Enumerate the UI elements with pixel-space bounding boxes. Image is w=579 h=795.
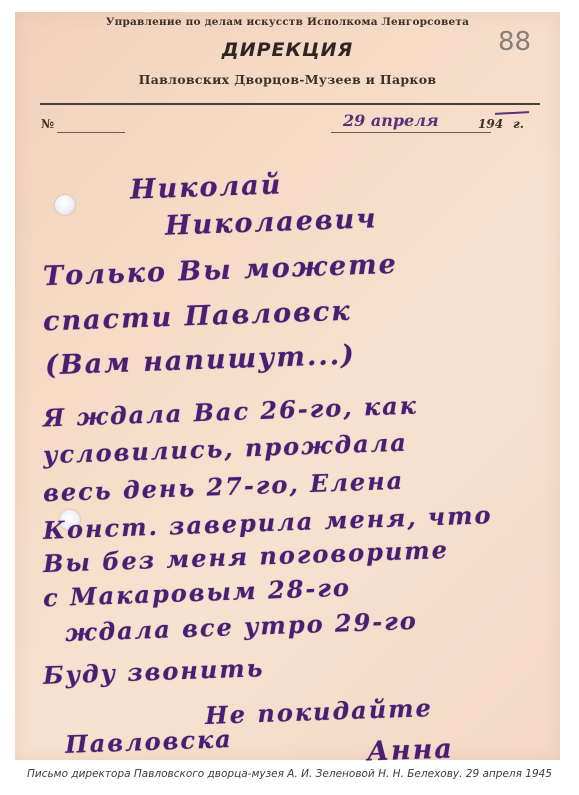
letterhead-divider: [40, 103, 540, 105]
handwritten-line: Я ждала Вас 26-го, как: [43, 390, 419, 432]
handwritten-line: Только Вы можете: [43, 249, 399, 292]
archive-number: 88: [498, 27, 531, 57]
letter-paper: Управление по делам искусств Исполкома Л…: [15, 12, 560, 760]
handwritten-line: весь день 27-го, Елена: [43, 466, 405, 508]
printed-year: 194: [478, 117, 503, 131]
punch-hole-top: [55, 195, 75, 215]
handwritten-line: (Вам напишут...): [45, 340, 357, 382]
year-correction-stroke: [495, 111, 529, 115]
number-line: [57, 132, 125, 133]
handwritten-date: 29 апреля: [343, 111, 439, 130]
letterhead-title: ДИРЕКЦИЯ: [15, 39, 560, 61]
handwritten-line: ждала все утро 29-го: [65, 606, 419, 647]
letterhead-subtitle: Павловских Дворцов-Музеев и Парков: [15, 72, 560, 87]
image-caption: Письмо директора Павловского дворца-музе…: [0, 768, 579, 780]
handwritten-line: Не покидайте: [205, 693, 434, 730]
signature: Анна: [366, 733, 454, 767]
handwritten-line: условились, прождала: [43, 428, 409, 470]
handwritten-line: Николай: [130, 169, 283, 205]
handwritten-line: спасти Павловск: [43, 296, 352, 338]
letterhead-department: Управление по делам искусств Исполкома Л…: [15, 16, 560, 28]
handwritten-line: Павловска: [65, 724, 234, 759]
year-suffix: г.: [513, 117, 524, 131]
handwritten-line: Николаевич: [165, 203, 378, 241]
handwritten-line: с Макаровым 28-го: [43, 573, 352, 613]
number-label: №: [41, 117, 54, 131]
date-line: [331, 132, 491, 133]
handwritten-line: Буду звонить: [43, 653, 265, 690]
